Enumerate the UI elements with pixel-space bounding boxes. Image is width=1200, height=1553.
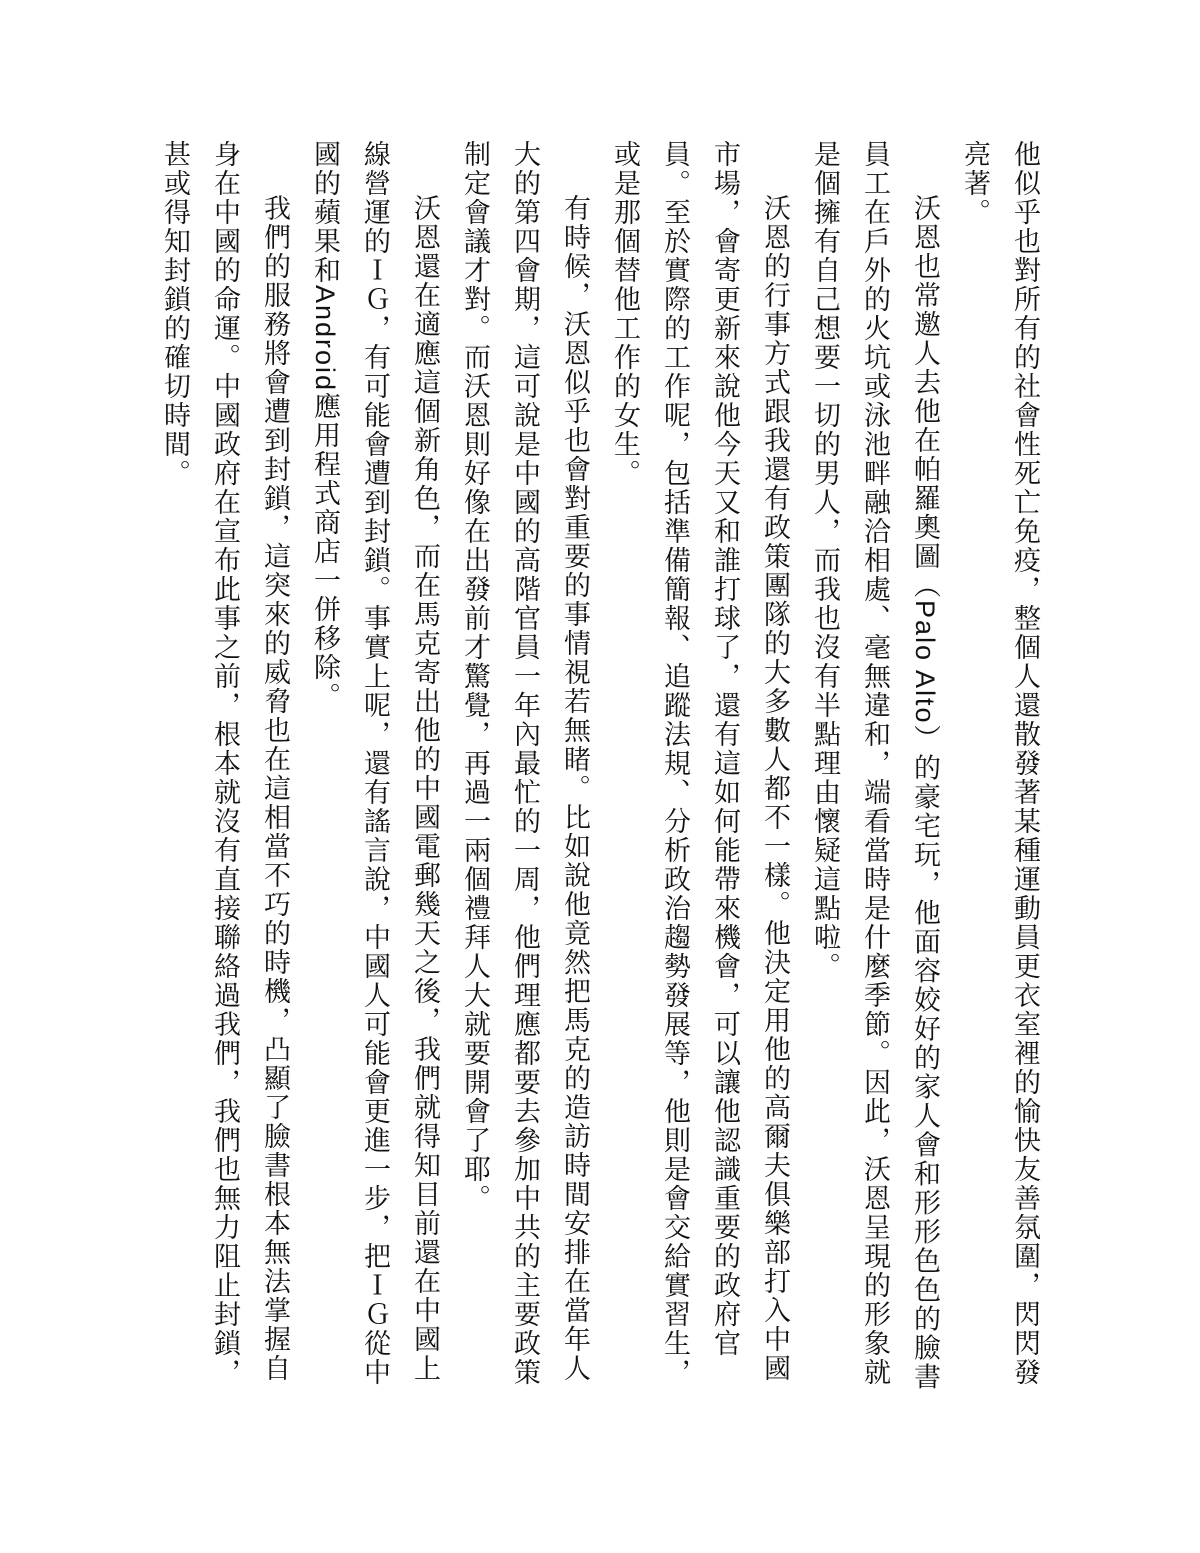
book-page: 他似乎也對所有的社會性死亡免疫，整個人還散發著某種運動員更衣室裡的愉快友善氛圍，… [0, 0, 1200, 1553]
paragraph-continuation: 他似乎也對所有的社會性死亡免疫，整個人還散發著某種運動員更衣室裡的愉快友善氛圍，… [950, 140, 1050, 1410]
paragraph: 沃恩也常邀人去他在帕羅奧圖（Palo Alto）的豪宅玩，他面容姣好的家人會和形… [800, 140, 950, 1410]
vertical-text-block: 他似乎也對所有的社會性死亡免疫，整個人還散發著某種運動員更衣室裡的愉快友善氛圍，… [150, 140, 1050, 1410]
paragraph: 我們的服務將會遭到封鎖，這突來的威脅也在這相當不巧的時機，凸顯了臉書根本無法掌握… [150, 140, 300, 1410]
paragraph: 有時候，沃恩似乎也會對重要的事情視若無睹。比如說他竟然把馬克的造訪時間安排在當年… [450, 140, 600, 1410]
paragraph: 沃恩還在適應這個新角色，而在馬克寄出他的中國電郵幾天之後，我們就得知目前還在中國… [300, 140, 450, 1410]
paragraph: 沃恩的行事方式跟我還有政策團隊的大多數人都不一樣。他決定用他的高爾夫俱樂部打入中… [600, 140, 800, 1410]
